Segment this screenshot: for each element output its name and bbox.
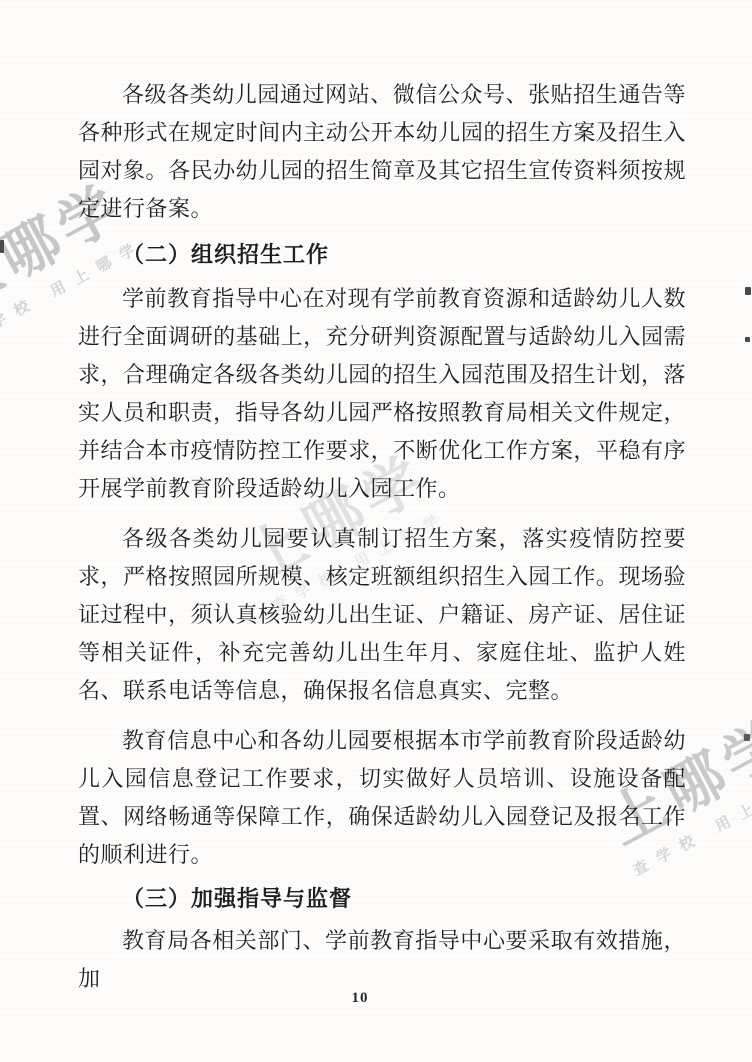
paragraph-public-disclosure: 各级各类幼儿园通过网站、微信公众号、张贴招生通告等各种形式在规定时间内主动公开本…: [78, 76, 686, 228]
paragraph-enrollment-plan-verification: 各级各类幼儿园要认真制订招生方案，落实疫情防控要求，严格按照园所规模、核定班额组…: [78, 520, 686, 710]
scan-speck-right-edge-3: [744, 734, 750, 741]
page-number: 10: [330, 990, 390, 1007]
paragraph-education-bureau-measures: 教育局各相关部门、学前教育指导中心要采取有效措施，加: [78, 922, 686, 998]
section-heading-strengthen-supervision: （三）加强指导与监督: [78, 880, 686, 918]
scan-speck-right-edge-2: [745, 337, 750, 342]
paragraph-information-center-support: 教育信息中心和各幼儿园要根据本市学前教育阶段适龄幼儿入园信息登记工作要求，切实做…: [78, 722, 686, 874]
scan-speck-left-edge: [0, 240, 4, 253]
section-heading-organize-enrollment: （二）组织招生工作: [78, 236, 686, 274]
document-page: 上哪学 查学校 用上哪学 上哪学 查学校 用上哪学 上哪学 查学校 用上哪学 各…: [0, 0, 752, 1062]
scan-speck-right-edge-1: [745, 287, 751, 295]
document-body: 各级各类幼儿园通过网站、微信公众号、张贴招生通告等各种形式在规定时间内主动公开本…: [78, 76, 686, 998]
paragraph-guidance-center-research: 学前教育指导中心在对现有学前教育资源和适龄幼儿人数进行全面调研的基础上，充分研判…: [78, 280, 686, 508]
